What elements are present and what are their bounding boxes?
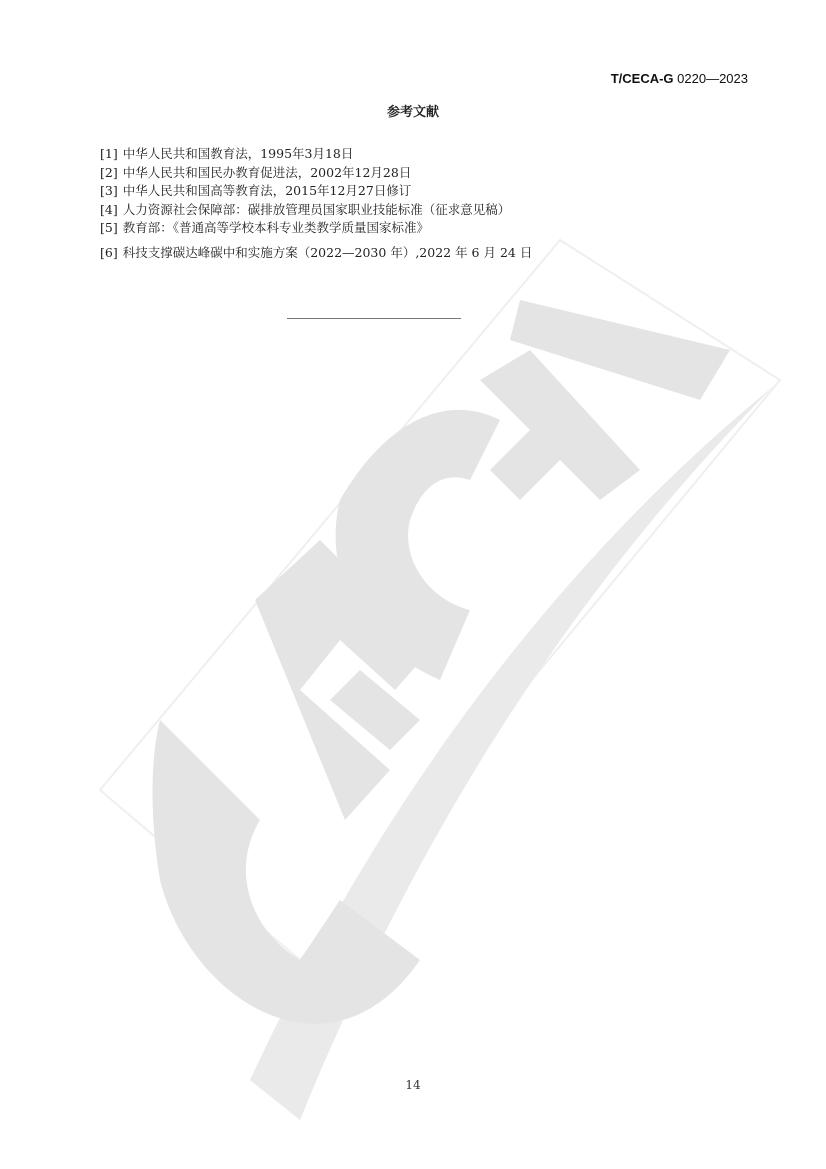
reference-item: [2]中华人民共和国民办教育促进法，2002年12月28日 (100, 164, 532, 183)
reference-text: 教育部：《普通高等学校本科专业类教学质量国家标准》 (123, 220, 429, 235)
reference-number: [4] (100, 202, 118, 217)
reference-number: [5] (100, 220, 118, 235)
reference-number: [1] (100, 146, 118, 161)
reference-number: [2] (100, 165, 118, 180)
standard-prefix: T/CECA-G (611, 71, 674, 86)
end-divider (287, 318, 461, 319)
reference-number: [3] (100, 183, 118, 198)
reference-item: [3]中华人民共和国高等教育法，2015年12月27日修订 (100, 182, 532, 201)
reference-text: 中华人民共和国民办教育促进法，2002年12月28日 (123, 165, 412, 180)
reference-item: [1]中华人民共和国教育法，1995年3月18日 (100, 145, 532, 164)
reference-item: [4]人力资源社会保障部：碳排放管理员国家职业技能标准（征求意见稿） (100, 201, 532, 220)
reference-number: [6] (100, 245, 118, 260)
reference-item: [6]科技支撑碳达峰碳中和实施方案（2022—2030 年）,2022 年 6 … (100, 244, 532, 263)
standard-code: T/CECA-G 0220—2023 (611, 71, 748, 86)
section-title: 参考文献 (0, 101, 826, 120)
reference-text: 人力资源社会保障部：碳排放管理员国家职业技能标准（征求意见稿） (123, 202, 511, 217)
reference-text: 中华人民共和国高等教育法，2015年12月27日修订 (123, 183, 412, 198)
standard-number: 0220—2023 (674, 71, 748, 86)
reference-text: 中华人民共和国教育法，1995年3月18日 (123, 146, 354, 161)
page-number: 14 (0, 1078, 826, 1092)
reference-list: [1]中华人民共和国教育法，1995年3月18日 [2]中华人民共和国民办教育促… (100, 145, 532, 262)
reference-text: 科技支撑碳达峰碳中和实施方案（2022—2030 年）,2022 年 6 月 2… (123, 245, 533, 260)
reference-item: [5]教育部：《普通高等学校本科专业类教学质量国家标准》 (100, 219, 532, 238)
